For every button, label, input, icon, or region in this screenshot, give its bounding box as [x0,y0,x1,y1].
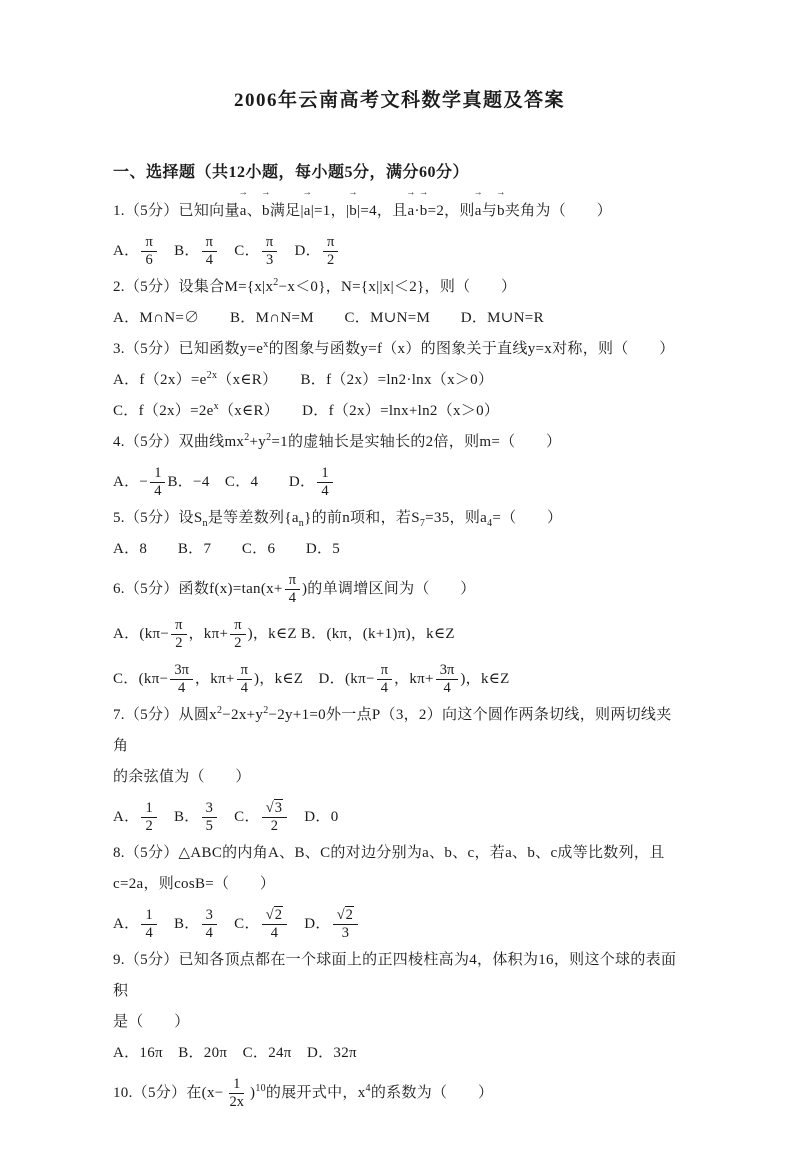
question-line: 8.（5分）△ABC的内角A、B、C的对边分别为a、b、c，若a、b、c成等比数… [113,838,686,869]
fraction-numerator: 3π [436,662,459,680]
fraction-numerator: 3π [170,662,193,680]
fraction: 14 [141,907,156,942]
fraction-denominator: 2 [267,818,282,835]
fraction-numerator: 1 [141,907,156,925]
vector-symbol: b [497,196,505,227]
question-line: C．f（2x）=2ex（x∈R） D．f（2x）=lnx+ln2（x＞0） [113,396,686,427]
fraction-numerator: π [262,234,277,252]
superscript: 2 [217,705,222,716]
question-line: 4.（5分）双曲线mx2+y2=1的虚轴长是实轴长的2倍，则m=（ ） [113,427,686,458]
fraction-denominator: 4 [202,925,217,942]
superscript: 2 [266,432,271,443]
fraction-denominator: 6 [141,252,156,269]
subscript: 4 [487,518,492,529]
sqrt-radicand: 2 [345,906,354,923]
fraction: 14 [150,465,165,500]
fraction-numerator: 1 [317,465,332,483]
fraction: π2 [230,617,245,652]
questions-container: 1.（5分）已知向量a、b满足|a|=1，|b|=4，且a·b=2，则a与b夹角… [113,196,686,1114]
subscript: 7 [420,518,425,529]
vector-symbol: a [475,196,482,227]
fraction-denominator: 2 [323,252,338,269]
fraction-numerator: π [230,617,245,635]
sqrt-radical: √3 [266,799,283,816]
fraction-denominator: 2 [171,635,186,652]
vector-symbol: b [349,196,357,227]
question-line: A．M∩N=∅ B．M∩N=M C．M∪N=M D．M∪N=R [113,303,686,334]
fraction-numerator: π [141,234,156,252]
question-line: 的余弦值为（ ） [113,762,686,793]
question-line: 是（ ） [113,1007,686,1038]
fraction: π6 [141,234,156,269]
fraction-numerator: 3 [202,907,217,925]
fraction-denominator: 4 [267,925,282,942]
question-line: 7.（5分）从圆x2−2x+y2−2y+1=0外一点P（3，2）向这个圆作两条切… [113,700,686,762]
fraction-denominator: 3 [262,252,277,269]
superscript: 2 [244,432,249,443]
fraction-numerator: √2 [333,907,358,925]
superscript: 2x [207,370,218,381]
fraction-denominator: 4 [439,680,454,697]
superscript: x [263,339,268,350]
fraction: √23 [333,907,358,942]
question-line: A．14 B．34 C．√24 D．√23 [113,900,686,945]
fraction-numerator: √2 [262,907,287,925]
question-line: 10.（5分）在(x−12x)10的展开式中，x4的系数为（ ） [113,1069,686,1114]
superscript: 4 [366,1083,371,1094]
question-line: 5.（5分）设Sn是等差数列{an}的前n项和，若S7=35，则a4=（ ） [113,503,686,534]
vector-symbol: b [420,196,428,227]
fraction-numerator: 1 [229,1076,244,1094]
fraction-denominator: 3 [338,925,353,942]
sqrt-radical: √2 [266,906,283,923]
fraction-denominator: 4 [377,680,392,697]
fraction-numerator: π [377,662,392,680]
fraction: π3 [262,234,277,269]
subscript: n [203,518,208,529]
superscript: x [214,401,219,412]
fraction: √24 [262,907,287,942]
fraction-denominator: 2 [230,635,245,652]
question-line: A．−14B．−4 C．4 D．14 [113,458,686,503]
fraction-numerator: √3 [262,800,287,818]
fraction: 35 [202,800,217,835]
fraction-numerator: 1 [141,800,156,818]
fraction-denominator: 4 [317,483,332,500]
fraction-numerator: π [171,617,186,635]
fraction: π2 [171,617,186,652]
question-line: A．f（2x）=e2x（x∈R） B．f（2x）=ln2·lnx（x＞0） [113,365,686,396]
question-line: 6.（5分）函数f(x)=tan(x+π4)的单调增区间为（ ） [113,565,686,610]
fraction: 3π4 [170,662,193,697]
fraction-numerator: π [323,234,338,252]
fraction-numerator: 3 [202,800,217,818]
vector-symbol: a [304,196,311,227]
fraction: 14 [317,465,332,500]
fraction-numerator: π [285,572,300,590]
question-line: A．8 B．7 C．6 D．5 [113,534,686,565]
superscript: 2 [273,277,278,288]
question-line: 1.（5分）已知向量a、b满足|a|=1，|b|=4，且a·b=2，则a与b夹角… [113,196,686,227]
sqrt-radicand: 3 [274,799,283,816]
fraction-numerator: 1 [150,465,165,483]
fraction: π2 [323,234,338,269]
fraction: π4 [377,662,392,697]
vector-symbol: b [262,196,270,227]
fraction-denominator: 2x [226,1094,249,1111]
fraction-denominator: 4 [237,680,252,697]
fraction: π4 [285,572,300,607]
question-line: A．12 B．35 C．√32 D．0 [113,793,686,838]
superscript: 10 [255,1083,266,1094]
fraction: 12 [141,800,156,835]
subscript: n [299,518,304,529]
question-line: 2.（5分）设集合M={x|x2−x＜0}，N={x||x|＜2}，则（ ） [113,272,686,303]
fraction-denominator: 4 [141,925,156,942]
vector-symbol: a [240,196,247,227]
sqrt-radicand: 2 [274,906,283,923]
question-line: A．16π B．20π C．24π D．32π [113,1038,686,1069]
fraction-denominator: 4 [285,590,300,607]
fraction: π4 [237,662,252,697]
question-line: 9.（5分）已知各顶点都在一个球面上的正四棱柱高为4，体积为16，则这个球的表面… [113,945,686,1007]
question-line: A．(kπ−π2，kπ+π2)，k∈Z B．(kπ，(k+1)π)，k∈Z [113,610,686,655]
fraction-denominator: 4 [150,483,165,500]
document-page: 2006年云南高考文科数学真题及答案 一、选择题（共12小题，每小题5分，满分6… [0,0,794,1174]
fraction-denominator: 4 [174,680,189,697]
vector-symbol: a [407,196,414,227]
fraction-denominator: 5 [202,818,217,835]
fraction-numerator: π [202,234,217,252]
fraction: 34 [202,907,217,942]
section-heading: 一、选择题（共12小题，每小题5分，满分60分） [113,160,686,186]
fraction-denominator: 2 [141,818,156,835]
question-line: c=2a，则cosB=（ ） [113,869,686,900]
fraction-numerator: π [237,662,252,680]
fraction: 12x [226,1076,249,1111]
fraction: π4 [202,234,217,269]
question-line: C．(kπ−3π4，kπ+π4)，k∈Z D．(kπ−π4，kπ+3π4)，k∈… [113,655,686,700]
fraction-denominator: 4 [202,252,217,269]
sqrt-radical: √2 [337,906,354,923]
fraction: √32 [262,800,287,835]
question-line: 3.（5分）已知函数y=ex的图象与函数y=f（x）的图象关于直线y=x对称，则… [113,334,686,365]
question-line: A．π6 B．π4 C．π3 D．π2 [113,227,686,272]
document-title: 2006年云南高考文科数学真题及答案 [113,88,686,114]
fraction: 3π4 [436,662,459,697]
superscript: 2 [263,705,268,716]
